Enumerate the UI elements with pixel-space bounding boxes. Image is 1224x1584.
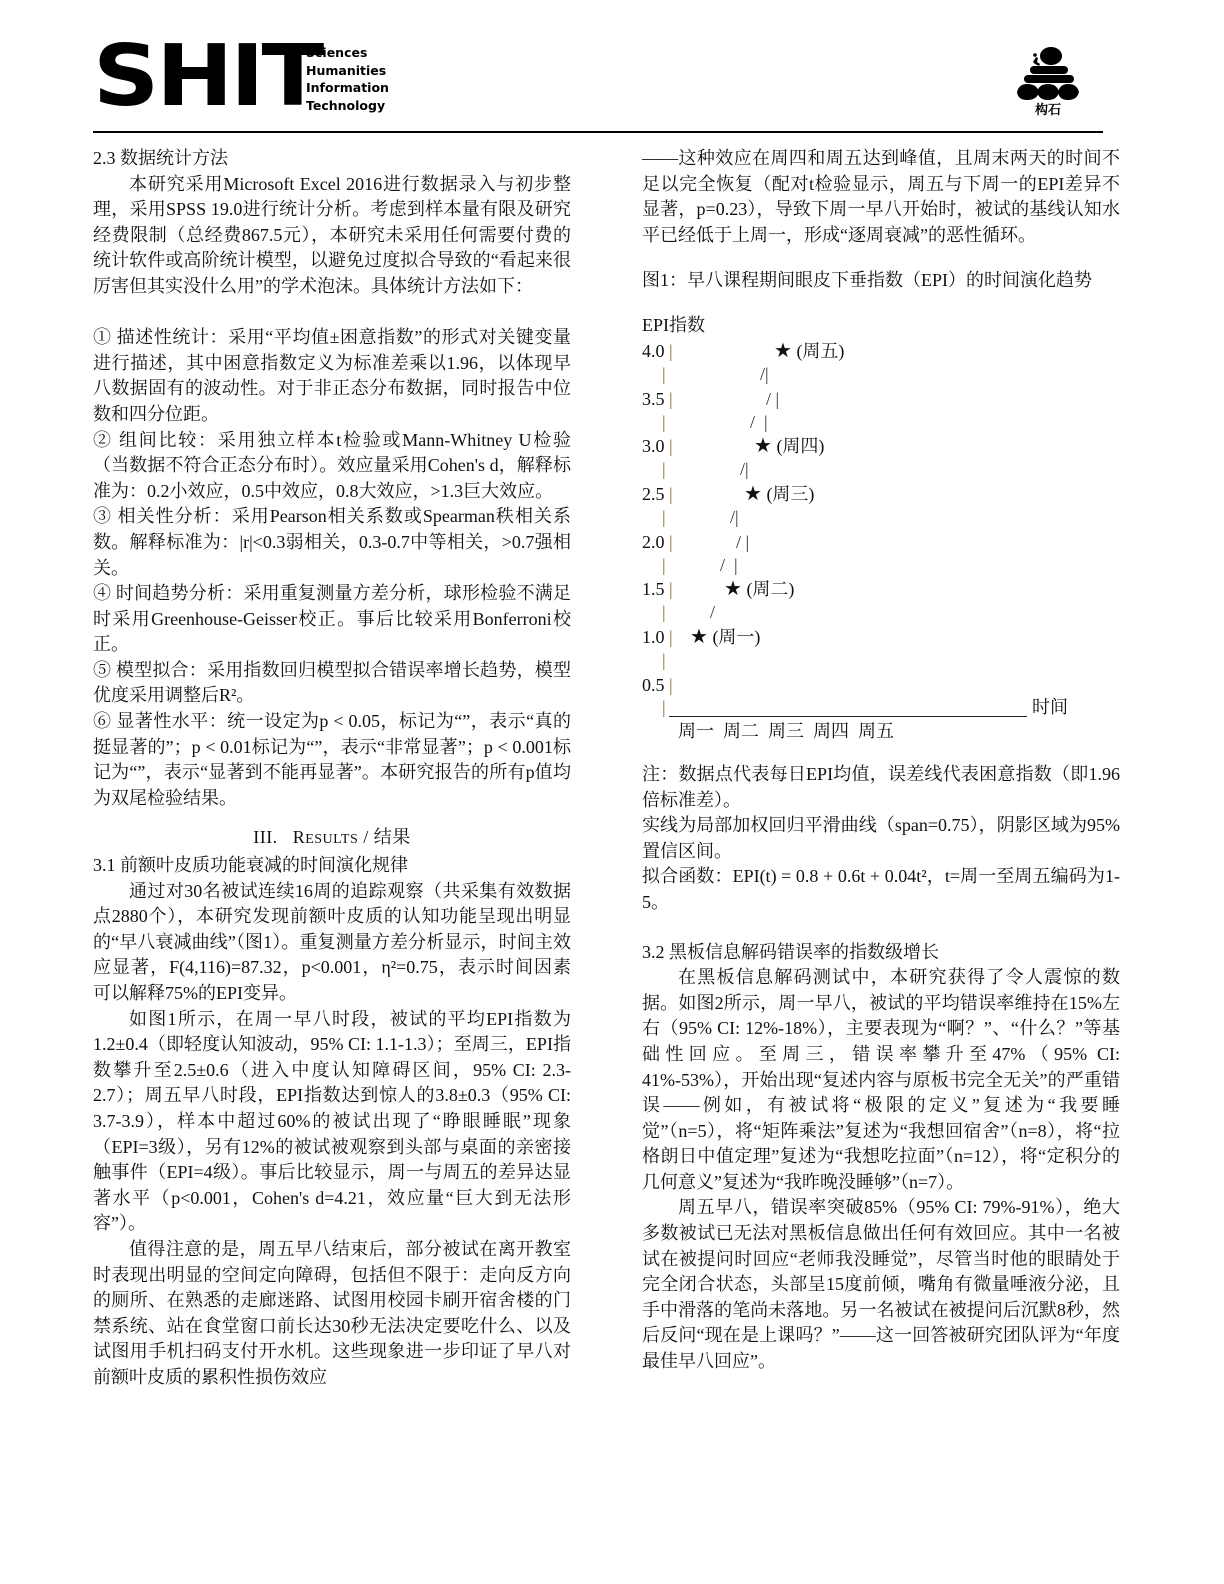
section-title-initial: R <box>293 827 306 847</box>
method-item-1: ① 描述性统计：采用“平均值±困意指数”的形式对关键变量进行描述，其中困意指数定… <box>93 325 571 427</box>
section-title-results: III. RESULTS / 结果 <box>93 825 571 853</box>
brand-subtitle: Sciences Humanities Information Technolo… <box>306 44 389 114</box>
paragraph: 在黑板信息解码测试中，本研究获得了令人震惊的数据。如图2所示，周一早八，被试的平… <box>642 965 1120 1195</box>
section-heading-3-2: 3.2 黑板信息解码错误率的指数级增长 <box>642 940 1120 966</box>
trend-connector: / <box>710 601 715 623</box>
page-header: SHIT Sciences Humanities Information Tec… <box>93 40 1103 132</box>
x-tick-labels: 周一 周二 周三 周四 周五 <box>678 720 894 742</box>
y-tick: 3.0 | <box>642 435 673 457</box>
y-tick: 3.5 | <box>642 388 673 410</box>
data-point-fri: ★ (周五) <box>774 340 844 362</box>
stone-pile-icon <box>1013 42 1083 104</box>
y-axis-bar: | <box>662 411 666 433</box>
spacer <box>642 248 1120 268</box>
method-item-2: ② 组间比较：采用独立样本t检验或Mann-Whitney U检验（当数据不符合… <box>93 428 571 505</box>
left-column: 2.3 数据统计方法 本研究采用Microsoft Excel 2016进行数据… <box>93 146 571 1391</box>
y-axis-bar: | <box>662 506 666 528</box>
section-heading-3-1: 3.1 前额叶皮质功能衰减的时间演化规律 <box>93 853 571 879</box>
trend-connector: / | <box>736 531 749 553</box>
x-axis-line <box>669 716 1027 717</box>
brand-line: Sciences <box>306 44 389 62</box>
section-title-cn: / 结果 <box>358 827 411 847</box>
trend-connector: /| <box>740 458 749 480</box>
x-axis-label: 时间 <box>1032 696 1068 718</box>
method-item-6: ⑥ 显著性水平：统一设定为p < 0.05，标记为“”，表示“真的挺显著的”；p… <box>93 709 571 811</box>
y-axis-bar: | <box>662 554 666 576</box>
paragraph: 本研究采用Microsoft Excel 2016进行数据录入与初步整理，采用S… <box>93 172 571 300</box>
right-column: ——这种效应在周四和周五达到峰值，且周末两天的时间不足以完全恢复（配对t检验显示… <box>642 146 1120 1375</box>
spacer <box>93 300 571 326</box>
trend-connector: /| <box>730 506 739 528</box>
y-axis-bar: | <box>662 363 666 385</box>
method-item-4: ④ 时间趋势分析：采用重复测量方差分析，球形检验不满足时采用Greenhouse… <box>93 581 571 658</box>
y-axis-bar: | <box>662 458 666 480</box>
logo-caption: 构石 <box>1003 104 1093 118</box>
figure-note: 实线为局部加权回归平滑曲线（span=0.75），阴影区域为95%置信区间。 <box>642 813 1120 864</box>
y-tick: 1.0 | <box>642 626 673 648</box>
y-tick: 4.0 | <box>642 340 673 362</box>
header-divider <box>93 131 1103 133</box>
method-item-5: ⑤ 模型拟合：采用指数回归模型拟合错误率增长趋势，模型优度采用调整后R²。 <box>93 658 571 709</box>
data-point-tue: ★ (周二) <box>724 578 794 600</box>
brand-line: Information <box>306 79 389 97</box>
y-tick: 0.5 | <box>642 674 673 696</box>
trend-connector: / | <box>720 554 738 576</box>
paragraph: 值得注意的是，周五早八结束后，部分被试在离开教室时表现出明显的空间定向障碍，包括… <box>93 1237 571 1391</box>
section-title-rest: ESULTS <box>305 832 358 847</box>
x-axis: | <box>662 696 666 718</box>
spacer <box>642 916 1120 940</box>
y-tick: 2.0 | <box>642 531 673 553</box>
y-tick: 1.5 | <box>642 578 673 600</box>
epi-chart: EPI指数 4.0 | | 3.5 | | 3.0 | | 2.5 | | 2.… <box>642 296 1120 726</box>
paragraph: 如图1所示，在周一早八时段，被试的平均EPI指数为1.2±0.4（即轻度认知波动… <box>93 1007 571 1237</box>
brand-line: Technology <box>306 97 389 115</box>
trend-connector: / | <box>766 388 779 410</box>
paragraph-continuation: ——这种效应在周四和周五达到峰值，且周末两天的时间不足以完全恢复（配对t检验显示… <box>642 146 1120 248</box>
brand-logo-text: SHIT <box>93 34 321 119</box>
y-axis-label: EPI指数 <box>642 314 705 336</box>
data-point-thu: ★ (周四) <box>754 435 824 457</box>
paragraph: 通过对30名被试连续16周的追踪观察（共采集有效数据点2880个），本研究发现前… <box>93 879 571 1007</box>
method-item-3: ③ 相关性分析：采用Pearson相关系数或Spearman秩相关系数。解释标准… <box>93 504 571 581</box>
data-point-wed: ★ (周三) <box>744 483 814 505</box>
paragraph: 周五早八，错误率突破85%（95% CI: 79%-91%），绝大多数被试已无法… <box>642 1195 1120 1374</box>
section-heading-2-3: 2.3 数据统计方法 <box>93 146 571 172</box>
y-axis-bar: | <box>662 649 666 671</box>
publisher-logo: 构石 <box>1003 42 1093 124</box>
figure-caption: 图1：早八课程期间眼皮下垂指数（EPI）的时间演化趋势 <box>642 268 1120 294</box>
figure-note: 拟合函数：EPI(t) = 0.8 + 0.6t + 0.04t²，t=周一至周… <box>642 864 1120 915</box>
figure-note: 注：数据点代表每日EPI均值，误差线代表困意指数（即1.96倍标准差）。 <box>642 762 1120 813</box>
trend-connector: / | <box>750 411 768 433</box>
brand-line: Humanities <box>306 62 389 80</box>
data-point-mon: ★ (周一) <box>690 626 760 648</box>
section-numeral: III. <box>253 827 277 847</box>
y-axis-bar: | <box>662 601 666 623</box>
trend-connector: /| <box>760 363 769 385</box>
y-tick: 2.5 | <box>642 483 673 505</box>
